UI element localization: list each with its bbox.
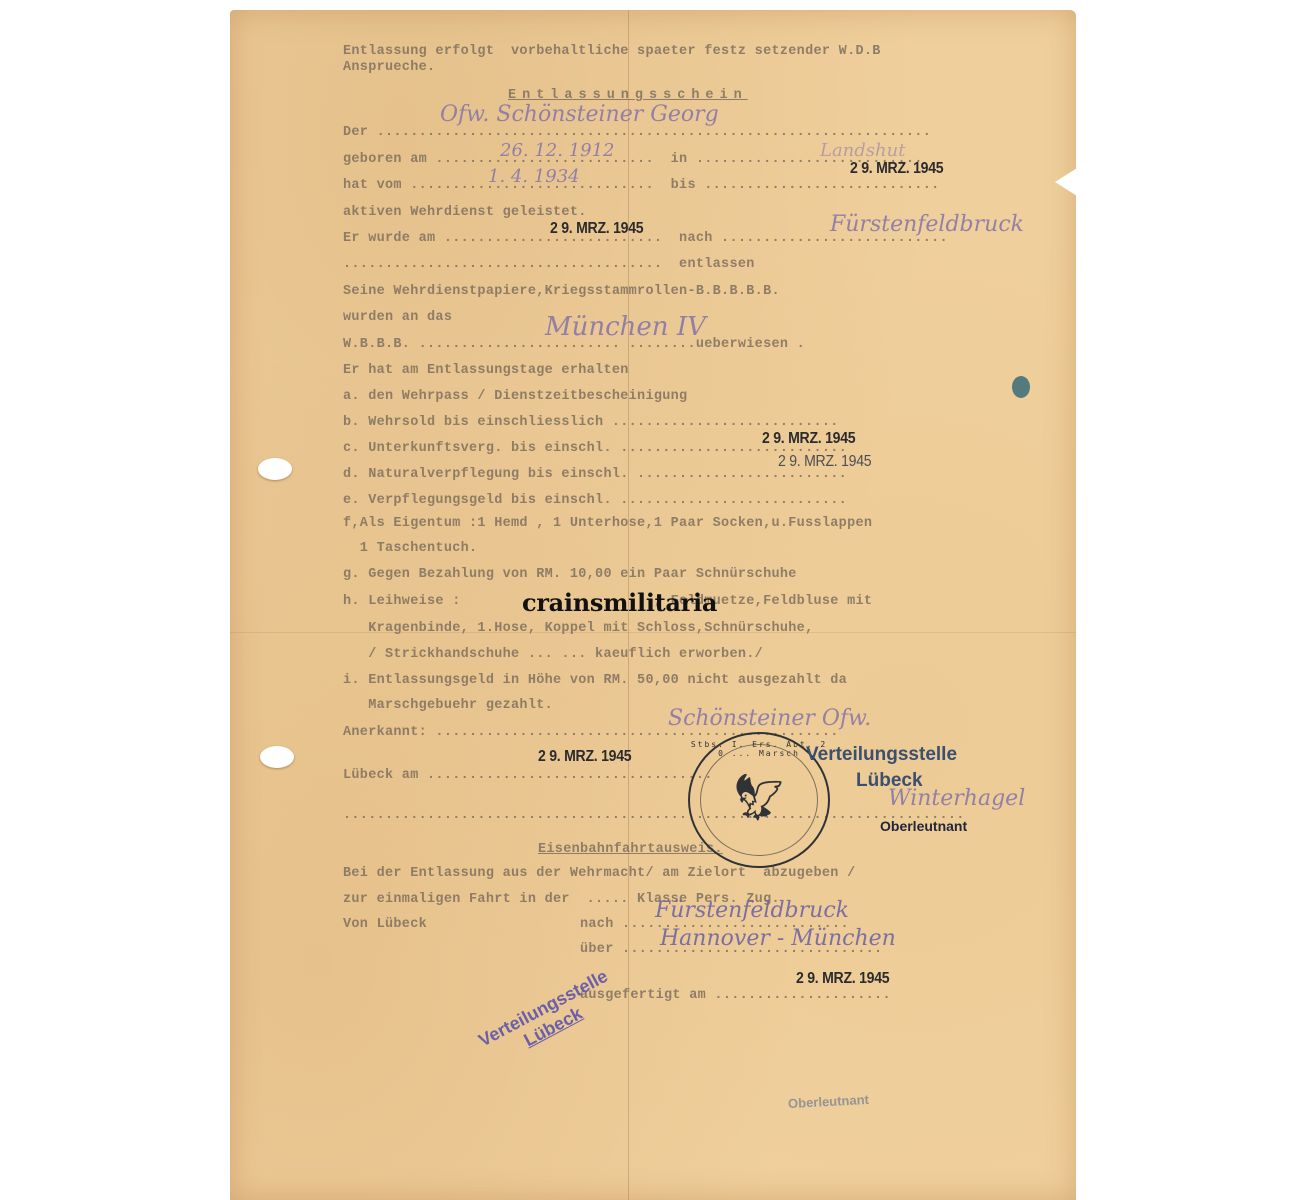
line-item-h3: / Strickhandschuhe ... ... kaeuflich erw… — [343, 647, 763, 662]
date-stamp-6: 2 9. MRZ. 1945 — [796, 970, 889, 988]
office-stamp-line-1: Verteilungsstelle — [806, 744, 957, 766]
date-stamp-2: 2 9. MRZ. 1945 — [550, 220, 643, 238]
line-papiere: Seine Wehrdienstpapiere,Kriegsstammrolle… — [343, 284, 780, 299]
handwritten-birth-date: 26. 12. 1912 — [500, 140, 615, 161]
line-item-f2: 1 Taschentuch. — [343, 541, 477, 556]
line-entlassen: ...................................... e… — [343, 257, 755, 272]
handwritten-discharge-to: Fürstenfeldbruck — [830, 212, 1024, 237]
line-item-i1: i. Entlassungsgeld in Höhe von RM. 50,00… — [343, 673, 847, 688]
line-item-i2: Marschgebuehr gezahlt. — [343, 698, 553, 713]
line-item-d: d. Naturalverpflegung bis einschl. .....… — [343, 467, 847, 482]
line-item-b: b. Wehrsold bis einschliesslich ........… — [343, 415, 839, 430]
rail-title: Eisenbahnfahrtausweis. — [538, 842, 723, 857]
handwritten-rail-destination: Fürstenfeldbruck — [655, 898, 849, 923]
punch-hole-top — [258, 458, 292, 480]
rank-stamp: Oberleutnant — [880, 818, 967, 834]
date-stamp-4: 2 9. MRZ. 1945 — [778, 453, 871, 471]
torn-edge — [1055, 168, 1077, 196]
line-item-g: g. Gegen Bezahlung von RM. 10,00 ein Paa… — [343, 567, 797, 582]
handwritten-service-from: 1. 4. 1934 — [488, 166, 580, 187]
line-der: Der ....................................… — [343, 125, 931, 140]
office-stamp-line-2: Lübeck — [856, 770, 923, 792]
handwritten-signature: Schönsteiner Ofw. — [668, 706, 871, 731]
handwritten-rail-via: Hannover - München — [660, 926, 896, 951]
line-item-h2: Kragenbinde, 1.Hose, Koppel mit Schloss,… — [343, 621, 813, 636]
handwritten-wbk: München IV — [545, 312, 706, 342]
rail-line-1: Bei der Entlassung aus der Wehrmacht/ am… — [343, 866, 855, 881]
line-luebeck-am: Lübeck am ..............................… — [343, 768, 713, 783]
line-aktiven: aktiven Wehrdienst geleistet. — [343, 205, 587, 220]
document-title: Entlassungsschein — [508, 88, 748, 103]
date-stamp-1: 2 9. MRZ. 1945 — [850, 160, 943, 178]
handwritten-name: Ofw. Schönsteiner Georg — [440, 102, 719, 127]
watermark-text: crainsmilitaria — [522, 588, 717, 617]
header-line-1: Entlassung erfolgt vorbehaltliche spaete… — [343, 44, 881, 59]
line-item-f1: f,Als Eigentum :1 Hemd , 1 Unterhose,1 P… — [343, 516, 872, 531]
punch-hole-bottom — [260, 746, 294, 768]
line-erhalten: Er hat am Entlassungstage erhalten — [343, 363, 629, 378]
handwritten-birth-place: Landshut — [820, 140, 905, 161]
date-stamp-3: 2 9. MRZ. 1945 — [762, 430, 855, 448]
header-line-2: Ansprueche. — [343, 60, 435, 75]
line-wurden: wurden an das — [343, 310, 452, 325]
date-stamp-5: 2 9. MRZ. 1945 — [538, 748, 631, 766]
line-hat-vom: hat vom ............................. bi… — [343, 178, 940, 193]
ink-blot — [1012, 376, 1030, 398]
line-item-a: a. den Wehrpass / Dienstzeitbescheinigun… — [343, 389, 687, 404]
line-item-e: e. Verpflegungsgeld bis einschl. .......… — [343, 493, 847, 508]
rail-line-3: Von Lübeck — [343, 917, 427, 932]
eagle-icon: 🦅︎ — [730, 771, 788, 827]
rail-ausgefertigt: ausgefertigt am ..................... — [580, 988, 891, 1003]
line-dotted-signature: ........................................… — [343, 808, 965, 823]
